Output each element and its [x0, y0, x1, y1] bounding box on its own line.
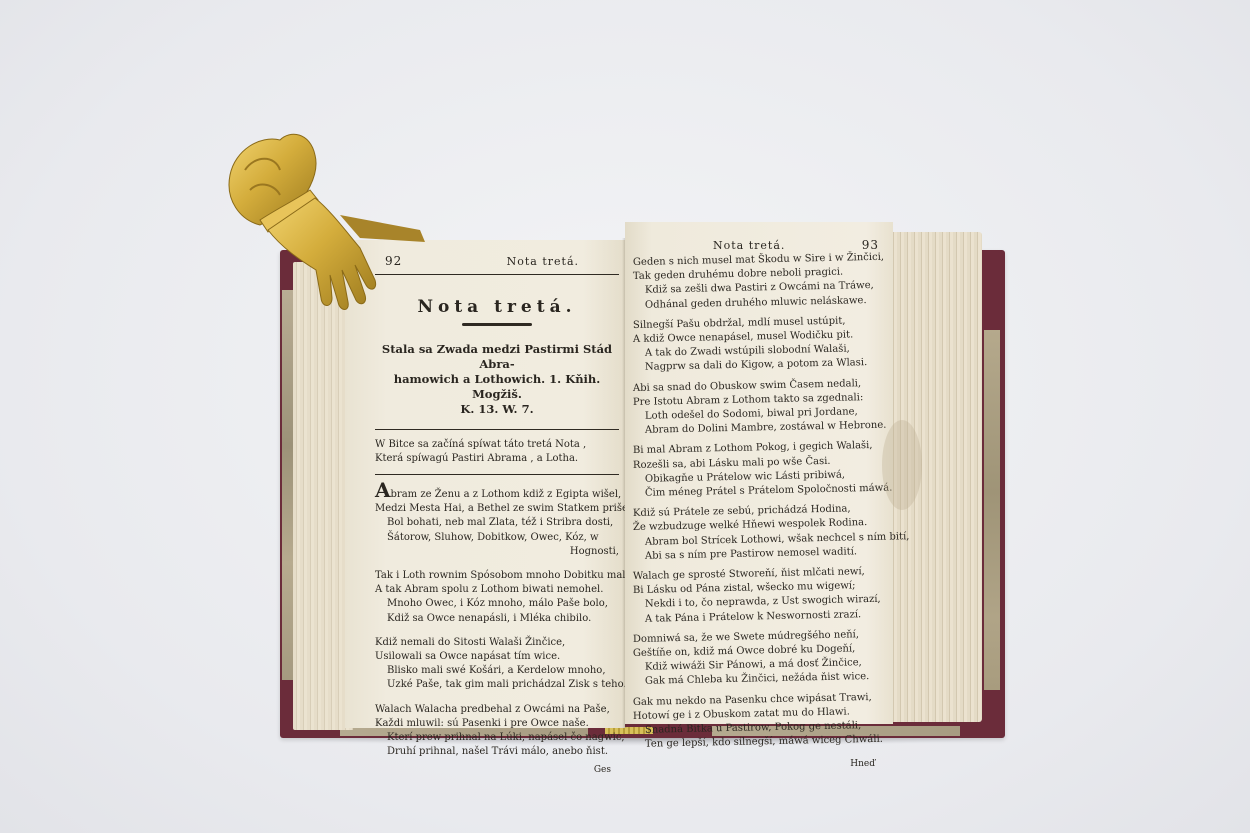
- water-stain: [882, 420, 922, 510]
- verse-line: Walach Walacha predbehal z Owcámi na Paš…: [375, 703, 619, 717]
- verse-line: Mnoho Owec, i Kóz mnoho, málo Paše bolo,: [375, 597, 619, 611]
- verse-line: Tak i Loth rownim Spósobom mnoho Dobitku…: [375, 569, 619, 583]
- note-rule-bottom: [375, 474, 619, 475]
- verse-line: Medzi Mesta Hai, a Bethel ze swim Statke…: [375, 502, 619, 516]
- verse-line: Bol bohati, neb mal Zlata, též i Stribra…: [375, 516, 619, 530]
- stanza: Tak i Loth rownim Spósobom mnoho Dobitku…: [375, 569, 619, 626]
- drop-cap: A: [375, 478, 391, 502]
- stanza: Kdiž sú Prátele ze sebú, prichádzá Hodin…: [633, 507, 883, 564]
- brass-hand-clip-icon: [220, 130, 430, 315]
- title-rule: [462, 323, 532, 326]
- catchword: Hneď: [633, 759, 883, 769]
- running-head-right: Nota tretá. 93: [633, 238, 883, 252]
- stanza: Abi sa snad do Obuskow swim Časem nedali…: [633, 382, 883, 439]
- stanza: Walach ge sprosté Stworeňí, ňist mlčati …: [633, 570, 883, 627]
- right-page: Nota tretá. 93 Geden s nich musel mat Šk…: [625, 222, 893, 724]
- page-block-left-edge: [293, 262, 353, 730]
- verse-line: Blisko mali swé Košári, a Kerdelow mnoho…: [375, 664, 619, 678]
- stanza: Domniwá sa, že we Swete múdregšého neňí,…: [633, 633, 883, 690]
- verse-line: Abram ze Ženu a z Lothom kdiž z Egipta w…: [375, 485, 619, 502]
- verse-line: Šátorow, Sluhow, Dobitkow, Owec, Kóz, w: [375, 531, 619, 545]
- verse-line: A tak Abram spolu z Lothom biwati nemohe…: [375, 583, 619, 597]
- verse-line: Každi mluwil: sú Pasenki i pre Owce naše…: [375, 717, 619, 731]
- stanza: Silnegší Pašu obdržal, mdlí musel ustúpi…: [633, 319, 883, 376]
- melody-note: W Bitce sa začíná spíwat táto tretá Nota…: [375, 436, 619, 468]
- stanza: Walach Walacha predbehal z Owcámi na Paš…: [375, 703, 619, 760]
- running-head-title: Nota tretá.: [713, 239, 785, 252]
- catchword: Ges: [375, 765, 619, 775]
- left-verses: Abram ze Ženu a z Lothom kdiž z Egipta w…: [375, 485, 619, 759]
- verse-line: Usilowali sa Owce napásat tím wice.: [375, 650, 619, 664]
- stanza: Abram ze Ženu a z Lothom kdiž z Egipta w…: [375, 485, 619, 559]
- stanza: Bi mal Abram z Lothom Pokog, i gegich Wa…: [633, 444, 883, 501]
- verse-line: Druhí prihnal, našel Trávi málo, anebo ň…: [375, 745, 619, 759]
- stanza: Gak mu nekdo na Pasenku chce wipásat Tra…: [633, 696, 883, 753]
- right-verses: Geden s nich musel mat Škodu w Sire i w …: [633, 256, 883, 753]
- stanza: Geden s nich musel mat Škodu w Sire i w …: [633, 256, 883, 313]
- verse-line: Uzké Paše, tak gim mali prichádzal Zisk …: [375, 678, 619, 692]
- running-head-title: Nota tretá.: [507, 255, 579, 268]
- note-rule-top: [375, 429, 619, 430]
- stanza: Kdiž nemali do Sitosti Walaši Žinčice,Us…: [375, 636, 619, 693]
- verse-line: Kterí prew prihnal na Lúki, napásel čo n…: [375, 731, 619, 745]
- verse-line: Hognosti,: [375, 545, 619, 559]
- cover-marbled-paper-right: [984, 330, 1000, 690]
- verse-line: Kdiž nemali do Sitosti Walaši Žinčice,: [375, 636, 619, 650]
- chapter-subtitle: Stala sa Zwada medzi Pastirmi Stád Abra-…: [375, 342, 619, 417]
- verse-line: Kdiž sa Owce nenapásli, i Mléka chibilo.: [375, 612, 619, 626]
